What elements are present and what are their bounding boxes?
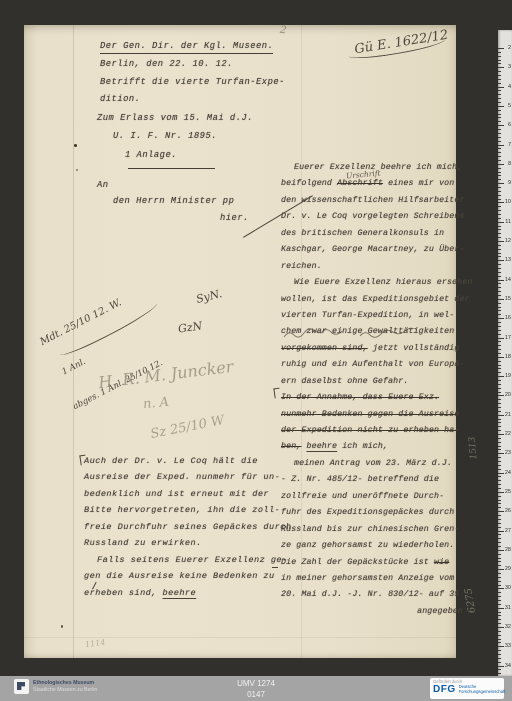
- typewritten-segment: angegeben: [417, 607, 463, 616]
- typewritten-line: ern daselbst ohne Gefahr.: [281, 374, 463, 390]
- ruler-tick: [498, 341, 501, 342]
- typewritten-line: vorgekommen sind, jetzt vollständig: [281, 341, 463, 357]
- typewritten-line: - Z. Nr. 485/12- betreffend die: [281, 472, 463, 488]
- ruler-tick: [498, 380, 501, 381]
- ruler-tick: [498, 376, 504, 377]
- ruler-tick: [498, 52, 501, 53]
- typewritten-segment-strike: vorgekommen sind,: [281, 344, 368, 353]
- ruler-tick: [498, 573, 501, 574]
- handwritten-initials: GzN: [177, 319, 203, 335]
- ruler-tick: [498, 226, 501, 227]
- ruler-tick: [498, 199, 501, 200]
- ruler-number: 3: [508, 64, 511, 70]
- handwritten-pencil-signature: Sz 25/10 W: [149, 413, 225, 442]
- ruler-tick: [498, 152, 501, 153]
- ruler-tick: [498, 338, 504, 339]
- dfg-name: Deutsche Forschungsgemeinschaft: [459, 685, 506, 695]
- ruler-tick: [498, 527, 501, 528]
- ruler-tick: [498, 145, 504, 146]
- typewritten-segment-strike: wie: [434, 558, 449, 567]
- ruler-tick: [498, 627, 504, 628]
- ruler-tick: [498, 669, 501, 670]
- ruler-number: 16: [505, 315, 511, 321]
- ruler-tick: [498, 415, 504, 416]
- ruler-tick: [498, 179, 501, 180]
- ruler-tick: [498, 384, 501, 385]
- ruler-tick: [498, 175, 501, 176]
- paper-speck: [61, 625, 63, 628]
- typewritten-line: beifolgend Abschrift eines mir von: [281, 176, 463, 192]
- ruler-tick: [498, 253, 501, 254]
- typewritten-line: fuhr des Expeditionsgepäckes durch: [281, 505, 463, 521]
- ruler-tick: [498, 60, 501, 61]
- ruler-number: 10: [505, 199, 511, 205]
- ruler-tick: [498, 214, 501, 215]
- typewritten-segment: Russland zu erwirken.: [84, 538, 202, 548]
- typewritten-line: Ausreise der Exped. nunmehr für un-: [84, 469, 306, 485]
- typewritten-segment: beifolgend: [281, 179, 337, 188]
- ruler-number: 18: [505, 354, 511, 360]
- typewritten-segment: vierten Turfan-Expedition, in wel-: [281, 311, 454, 320]
- ruler-tick: [498, 538, 501, 539]
- ruler-tick: [498, 519, 501, 520]
- typewritten-line: zollfreie und uneröffnete Durch-: [281, 489, 463, 505]
- typewritten-line: Dr. v. Le Coq vorgelegten Schreibens: [281, 209, 463, 225]
- typewritten-segment: Falls seitens Euerer Exzellenz ge-: [97, 555, 288, 565]
- addressee-recipient: den Herrn Minister pp: [113, 196, 234, 206]
- ruler-tick: [498, 48, 504, 49]
- typewritten-line: meinen Antrag vom 23. März d.J.: [281, 456, 463, 472]
- ruler-tick: [498, 303, 501, 304]
- typewritten-segment-strike: Abschrift: [337, 179, 383, 188]
- ruler-tick: [498, 299, 504, 300]
- typewritten-line: Die Zahl der Gepäckstücke ist wie: [281, 555, 463, 571]
- ruler-number: 6: [508, 122, 511, 128]
- ruler-tick: [498, 191, 501, 192]
- ruler-tick: [498, 623, 501, 624]
- handwritten-page-number: 2: [279, 25, 287, 37]
- ruler-tick: [498, 276, 501, 277]
- ruler-tick: [498, 195, 501, 196]
- ruler-tick: [498, 106, 504, 107]
- ruler-tick: [498, 87, 504, 88]
- ruler-tick: [498, 287, 501, 288]
- ruler-tick: [498, 117, 501, 118]
- ruler-tick: [498, 515, 501, 516]
- ruler-tick: [498, 133, 501, 134]
- ruler-tick: [498, 168, 501, 169]
- ruler-tick: [498, 310, 501, 311]
- ruler-tick: [498, 210, 501, 211]
- typewritten-segment: bedenklich und ist erneut mit der: [84, 489, 269, 499]
- typewritten-segment: erheben sind,: [84, 588, 163, 598]
- ruler-tick: [498, 365, 501, 366]
- typewritten-segment: Kaschgar, George Macartney, zu Über-: [281, 245, 465, 254]
- ruler-tick: [498, 388, 501, 389]
- ruler-tick: [498, 430, 501, 431]
- ruler-tick: [498, 615, 501, 616]
- ruler-tick: [498, 67, 504, 68]
- addressee-place: hier.: [220, 213, 249, 223]
- ruler-tick: [498, 561, 501, 562]
- ruler-tick: [498, 63, 501, 64]
- handwritten-pencil-note: n. A: [142, 395, 169, 412]
- typewritten-line: des britischen Generalkonsuls in: [281, 226, 463, 242]
- ruler-tick: [498, 141, 501, 142]
- typewritten-segment: Dr. v. Le Coq vorgelegten Schreibens: [281, 212, 465, 221]
- typewritten-segment: Ausreise der Exped. nunmehr für un-: [84, 472, 280, 482]
- place-date-line: Berlin, den 22. 10. 12.: [100, 59, 233, 69]
- ruler-tick: [498, 202, 504, 203]
- ruler-number: 28: [505, 547, 511, 553]
- ruler-tick: [498, 422, 501, 423]
- ruler-tick: [498, 419, 501, 420]
- typewritten-line: Russland zu erwirken.: [84, 535, 306, 551]
- ruler-tick: [498, 318, 504, 319]
- typewritten-line: vierten Turfan-Expedition, in wel-: [281, 308, 463, 324]
- ruler-tick: [498, 465, 501, 466]
- ruler-tick: [498, 503, 501, 504]
- ruler-tick: [498, 554, 501, 555]
- ruler-tick: [498, 233, 501, 234]
- ruler-tick: [498, 256, 501, 257]
- ruler-tick: [498, 83, 501, 84]
- ruler-tick: [498, 114, 501, 115]
- typewritten-segment: ze ganz gehorsamst zu wiederholen.: [281, 541, 454, 550]
- dfg-logo: DFG: [433, 684, 456, 695]
- ruler-number: 4: [508, 84, 511, 90]
- ruler-tick: [498, 496, 501, 497]
- typewritten-segment-strike: der Expedition nicht zu erheben ha-: [281, 426, 459, 435]
- ruler-tick: [498, 322, 501, 323]
- ruler-tick: [498, 507, 501, 508]
- ruler-tick: [498, 407, 501, 408]
- ruler-tick: [498, 218, 501, 219]
- ruler-tick: [498, 600, 501, 601]
- ruler-tick: [498, 283, 501, 284]
- ruler-tick: [498, 542, 501, 543]
- ruler-tick: [498, 531, 504, 532]
- typewritten-segment: 20. Mai d.J. -J. Nr. 830/12- auf 35: [281, 590, 459, 599]
- ruler-tick: [498, 395, 504, 396]
- ruler-tick: [498, 500, 501, 501]
- dfg-row: DFG Deutsche Forschungsgemeinschaft: [433, 684, 501, 695]
- ruler-tick: [498, 172, 501, 173]
- typewritten-segment: des britischen Generalkonsuls in: [281, 229, 444, 238]
- typewritten-line: den wissenschaftlichen Hilfsarbeiter: [281, 193, 463, 209]
- ruler-tick: [498, 604, 501, 605]
- dfg-name-line-2: Forschungsgemeinschaft: [459, 689, 506, 694]
- ruler-tick: [498, 646, 504, 647]
- ruler-tick: [498, 345, 501, 346]
- ruler-tick: [498, 280, 504, 281]
- ruler-tick: [498, 592, 501, 593]
- ruler-tick: [498, 581, 501, 582]
- reference-line: Zum Erlass vom 15. Mai d.J.: [97, 113, 253, 123]
- ruler-tick: [498, 326, 501, 327]
- ruler-number: 15: [505, 296, 511, 302]
- ruler-number: 13: [505, 257, 511, 263]
- ruler-tick: [498, 631, 501, 632]
- ruler-tick: [498, 264, 501, 265]
- ruler-tick: [498, 260, 504, 261]
- ruler-tick: [498, 334, 501, 335]
- ruler-tick: [498, 666, 504, 667]
- ruler-tick: [498, 206, 501, 207]
- ruler-tick: [498, 577, 501, 578]
- ruler-number: 26: [505, 508, 511, 514]
- typewritten-segment: ruhig und ein Aufenthalt von Europä-: [281, 360, 465, 369]
- ruler-tick: [498, 523, 501, 524]
- ruler-tick: [498, 90, 501, 91]
- ruler-tick: [498, 291, 501, 292]
- ruler-tick: [498, 673, 501, 674]
- typewritten-segment-strike: ben,: [281, 442, 301, 451]
- ruler-tick: [498, 79, 501, 80]
- typewritten-segment-strike: In der Annahme, dass Euere Exz.: [281, 393, 439, 402]
- ruler-tick: [498, 357, 504, 358]
- typewritten-line: erheben sind, beehre: [84, 585, 306, 601]
- typewritten-segment: gen die Ausreise keine Bedenken zu: [84, 571, 275, 581]
- handwritten-scrawl: [282, 328, 432, 342]
- ruler-tick: [498, 546, 501, 547]
- letter-page: Der Gen. Dir. der Kgl. Museen. Berlin, d…: [24, 25, 456, 658]
- typewritten-line: gen die Ausreise keine Bedenken zu: [84, 568, 306, 584]
- ruler-tick: [498, 187, 501, 188]
- typewritten-line: ben, beehre ich mich,: [281, 439, 463, 455]
- ruler-tick: [498, 612, 501, 613]
- ruler-tick: [498, 372, 501, 373]
- typewritten-line: 20. Mai d.J. -J. Nr. 830/12- auf 35: [281, 587, 463, 603]
- ruler-tick: [498, 488, 501, 489]
- typewritten-line: bedenklich und ist erneut mit der: [84, 486, 306, 502]
- ruler-tick: [498, 272, 501, 273]
- ruler-tick: [498, 619, 501, 620]
- ruler-tick: [498, 71, 501, 72]
- typewritten-segment: ich mich,: [337, 442, 388, 451]
- typewritten-line: der Expedition nicht zu erheben ha-: [281, 423, 463, 439]
- ruler-tick: [498, 446, 501, 447]
- ruler-tick: [498, 222, 504, 223]
- typewritten-segment: reichen.: [281, 262, 322, 271]
- ruler-tick: [498, 608, 504, 609]
- margin-number: 1513: [467, 436, 479, 460]
- typewritten-line: Auch der Dr. v. Le Coq hält die: [84, 453, 306, 469]
- typewritten-line: Russland bis zur chinesischen Gren-: [281, 522, 463, 538]
- typewritten-segment: in meiner gehorsamsten Anzeige vom: [281, 574, 454, 583]
- sender-text: Der Gen. Dir. der Kgl. Museen.: [100, 41, 273, 54]
- ruler-tick: [498, 639, 501, 640]
- dfg-logo-block: Gefördert durch DFG Deutsche Forschungsg…: [430, 678, 504, 699]
- ruler-tick: [498, 249, 501, 250]
- typewritten-line: Wie Euere Exzellenz hieraus ersehen: [281, 275, 463, 291]
- ruler-tick: [498, 392, 501, 393]
- ruler-number: 11: [505, 219, 511, 225]
- ruler-tick: [498, 434, 504, 435]
- margin-number: 6275: [463, 587, 478, 614]
- ruler-tick: [498, 368, 501, 369]
- ruler-tick: [498, 588, 504, 589]
- scan-viewport: Der Gen. Dir. der Kgl. Museen. Berlin, d…: [0, 0, 512, 701]
- ruler-tick: [498, 183, 504, 184]
- ruler-number: 12: [505, 238, 511, 244]
- ruler-number: 2: [508, 45, 511, 51]
- ruler-tick: [498, 361, 501, 362]
- ruler-tick: [498, 125, 504, 126]
- ruler-tick: [498, 164, 504, 165]
- scan-ruler: 2345678910111213141516171819202122232425…: [498, 30, 512, 676]
- file-number-line: U. I. F. Nr. 1895.: [113, 131, 217, 141]
- ruler-tick: [498, 399, 501, 400]
- ruler-tick: [498, 330, 501, 331]
- handwritten-dash-mark: [272, 563, 278, 568]
- ruler-tick: [498, 642, 501, 643]
- typewritten-line: In der Annahme, dass Euere Exz.: [281, 390, 463, 406]
- subject-line-2: dition.: [100, 94, 140, 104]
- ruler-tick: [498, 565, 501, 566]
- typewritten-segment-und: beehre: [163, 588, 197, 598]
- ruler-number: 33: [505, 643, 511, 649]
- typewritten-line: in meiner gehorsamsten Anzeige vom: [281, 571, 463, 587]
- header-rule: [128, 168, 215, 169]
- ruler-number: 20: [505, 392, 511, 398]
- ruler-number: 9: [508, 180, 511, 186]
- ruler-tick: [498, 658, 501, 659]
- typewritten-segment: Auch der Dr. v. Le Coq hält die: [84, 456, 258, 466]
- ruler-tick: [498, 438, 501, 439]
- ruler-tick: [498, 426, 501, 427]
- ruler-tick: [498, 403, 501, 404]
- ruler-tick: [498, 229, 501, 230]
- ruler-tick: [498, 102, 501, 103]
- ruler-number: 24: [505, 470, 511, 476]
- ruler-tick: [498, 453, 504, 454]
- ruler-tick: [498, 314, 501, 315]
- ruler-tick: [498, 480, 501, 481]
- subject-line-1: Betrifft die vierte Turfan-Expe-: [100, 77, 285, 87]
- ruler-tick: [498, 511, 504, 512]
- ruler-number: 32: [505, 624, 511, 630]
- ruler-number: 31: [505, 605, 511, 611]
- typewritten-line: nunmehr Bedenken gegen die Ausreise: [281, 407, 463, 423]
- typewritten-segment: ern daselbst ohne Gefahr.: [281, 377, 408, 386]
- ruler-tick: [498, 110, 501, 111]
- typewritten-segment: freie Durchfuhr seines Gepäckes durch: [84, 522, 291, 532]
- ruler-tick: [498, 148, 501, 149]
- margin-number: 1114: [85, 638, 106, 649]
- typewritten-segment: meinen Antrag vom 23. März d.J.: [294, 459, 452, 468]
- typewritten-line: ruhig und ein Aufenthalt von Europä-: [281, 357, 463, 373]
- ruler-tick: [498, 411, 501, 412]
- typewritten-line: freie Durchfuhr seines Gepäckes durch: [84, 519, 306, 535]
- ruler-tick: [498, 245, 501, 246]
- typewritten-segment: fuhr des Expeditionsgepäckes durch: [281, 508, 454, 517]
- ruler-tick: [498, 461, 501, 462]
- ruler-tick: [498, 635, 501, 636]
- typewritten-line: angegeben: [281, 604, 463, 620]
- ruler-tick: [498, 268, 501, 269]
- ruler-number: 17: [505, 335, 511, 341]
- typewritten-line: Bitte hervorgetreten, ihn die zoll-: [84, 502, 306, 518]
- ruler-number: 34: [505, 663, 511, 669]
- paper-speck: [76, 169, 78, 171]
- typewritten-segment-strike: nunmehr Bedenken gegen die Ausreise: [281, 410, 459, 419]
- typewritten-segment: eines mir von: [383, 179, 454, 188]
- ruler-tick: [498, 353, 501, 354]
- ruler-tick: [498, 558, 501, 559]
- ruler-tick: [498, 654, 501, 655]
- typewritten-segment: den wissenschaftlichen Hilfsarbeiter: [281, 196, 465, 205]
- ruler-tick: [498, 349, 501, 350]
- ruler-number: 19: [505, 373, 511, 379]
- ruler-tick: [498, 307, 501, 308]
- ruler-number: 22: [505, 431, 511, 437]
- ruler-number: 27: [505, 528, 511, 534]
- ruler-number: 23: [505, 450, 511, 456]
- handwritten-initials: SyN.: [195, 287, 224, 306]
- ruler-tick: [498, 156, 501, 157]
- ruler-number: 7: [508, 142, 511, 148]
- ruler-tick: [498, 75, 501, 76]
- ruler-number: 25: [505, 489, 511, 495]
- ruler-tick: [498, 476, 501, 477]
- ruler-tick: [498, 457, 501, 458]
- ruler-tick: [498, 585, 501, 586]
- ruler-tick: [498, 56, 501, 57]
- ruler-tick: [498, 662, 501, 663]
- ruler-tick: [498, 469, 501, 470]
- ruler-tick: [498, 129, 501, 130]
- ruler-tick: [498, 650, 501, 651]
- handwritten-bracket-mark: [273, 388, 280, 399]
- ruler-tick: [498, 121, 501, 122]
- paper-crease: [24, 637, 456, 638]
- ruler-number: 30: [505, 585, 511, 591]
- ruler-tick: [498, 534, 501, 535]
- paper-speck: [74, 144, 77, 147]
- ruler-tick: [498, 442, 501, 443]
- enclosure-line: 1 Anlage.: [125, 150, 177, 160]
- ruler-tick: [498, 449, 501, 450]
- typewritten-segment: wollen, ist das Expeditionsgebiet der: [281, 295, 470, 304]
- ruler-tick: [498, 137, 501, 138]
- typewritten-segment: Russland bis zur chinesischen Gren-: [281, 525, 459, 534]
- ruler-number: 29: [505, 566, 511, 572]
- ruler-tick: [498, 295, 501, 296]
- typewritten-segment: Wie Euere Exzellenz hieraus ersehen: [294, 278, 472, 287]
- ruler-tick: [498, 160, 501, 161]
- typewritten-segment: jetzt vollständig: [368, 344, 460, 353]
- ruler-number: 21: [505, 412, 511, 418]
- typewritten-line: Kaschgar, George Macartney, zu Über-: [281, 242, 463, 258]
- typewritten-segment: Bitte hervorgetreten, ihn die zoll-: [84, 505, 280, 515]
- ruler-tick: [498, 492, 504, 493]
- ruler-tick: [498, 473, 504, 474]
- viewer-footer-bar: Ethnologisches Museum Staatliche Museen …: [0, 676, 512, 701]
- ruler-number: 5: [508, 103, 511, 109]
- ruler-tick: [498, 550, 504, 551]
- ruler-number: 8: [508, 161, 511, 167]
- addressee-an: An: [97, 180, 109, 190]
- sender-line: Der Gen. Dir. der Kgl. Museen.: [100, 41, 273, 51]
- ruler-tick: [498, 484, 501, 485]
- ruler-tick: [498, 94, 501, 95]
- right-text-column: Euerer Exzellenz beehre ich mich,beifolg…: [281, 160, 463, 620]
- ruler-tick: [498, 98, 501, 99]
- ruler-number: 14: [505, 277, 511, 283]
- typewritten-line: reichen.: [281, 259, 463, 275]
- ruler-tick: [498, 596, 501, 597]
